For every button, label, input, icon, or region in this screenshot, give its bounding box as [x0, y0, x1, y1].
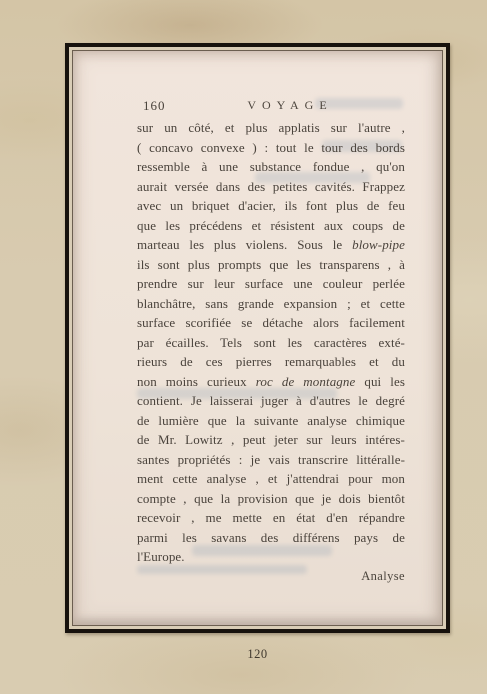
text-line: sur un côté, et plus applatis sur l'autr…: [137, 118, 405, 138]
text-line: parmi les savans des différens pays de: [137, 528, 405, 548]
page-surface: 160 VOYAGE sur un côté, et plus applatis…: [73, 51, 442, 625]
page-frame: 160 VOYAGE sur un côté, et plus applatis…: [65, 43, 450, 633]
running-title: VOYAGE: [156, 98, 424, 113]
text-line: ment cette analyse , et j'attendrai pour…: [137, 469, 405, 489]
page-frame-inner: 160 VOYAGE sur un côté, et plus applatis…: [72, 50, 443, 626]
text-line: l'Europe.: [137, 547, 405, 567]
text-line: surface scorifiée se détache alors facil…: [137, 313, 405, 333]
text-line: ils sont plus prompts que les transparen…: [137, 255, 405, 275]
text-line: non moins curieux roc de montagne qui le…: [137, 372, 405, 392]
text-line: avec un briquet d'acier, ils font plus d…: [137, 196, 405, 216]
plate-page-number: 120: [65, 647, 450, 662]
text-line: ressemble à une substance fondue , qu'on: [137, 157, 405, 177]
text-line: de Mr. Lowitz , peut jeter sur leurs int…: [137, 430, 405, 450]
text-line: de lumière que la suivante analyse chimi…: [137, 411, 405, 431]
text-line: rieurs de ces pierres remarquables et du: [137, 352, 405, 372]
catchword: Analyse: [137, 567, 405, 587]
text-line: que les précédens et résistent aux coups…: [137, 216, 405, 236]
text-line: recevoir , me mette en état d'en répandr…: [137, 508, 405, 528]
text-line: par écailles. Tels sont les caractères e…: [137, 333, 405, 353]
text-line: prendre sur leur surface une couleur per…: [137, 274, 405, 294]
text-line: compte , que la provision que je dois bi…: [137, 489, 405, 509]
running-head: 160 VOYAGE: [137, 97, 405, 118]
text-line: contient. Je laisserai juger à d'autres …: [137, 391, 405, 411]
text-line: santes propriétés : je vais transcrire l…: [137, 450, 405, 470]
book-page-scan: 160 VOYAGE sur un côté, et plus applatis…: [0, 0, 487, 694]
body-text: sur un côté, et plus applatis sur l'autr…: [137, 118, 405, 567]
text-line: marteau les plus violens. Sous le blow-p…: [137, 235, 405, 255]
text-line: aurait versée dans des petites cavités. …: [137, 177, 405, 197]
text-column: 160 VOYAGE sur un côté, et plus applatis…: [137, 97, 405, 586]
text-line: blanchâtre, sans grande expansion ; et c…: [137, 294, 405, 314]
text-line: ( concavo convexe ) : tout le tour des b…: [137, 138, 405, 158]
